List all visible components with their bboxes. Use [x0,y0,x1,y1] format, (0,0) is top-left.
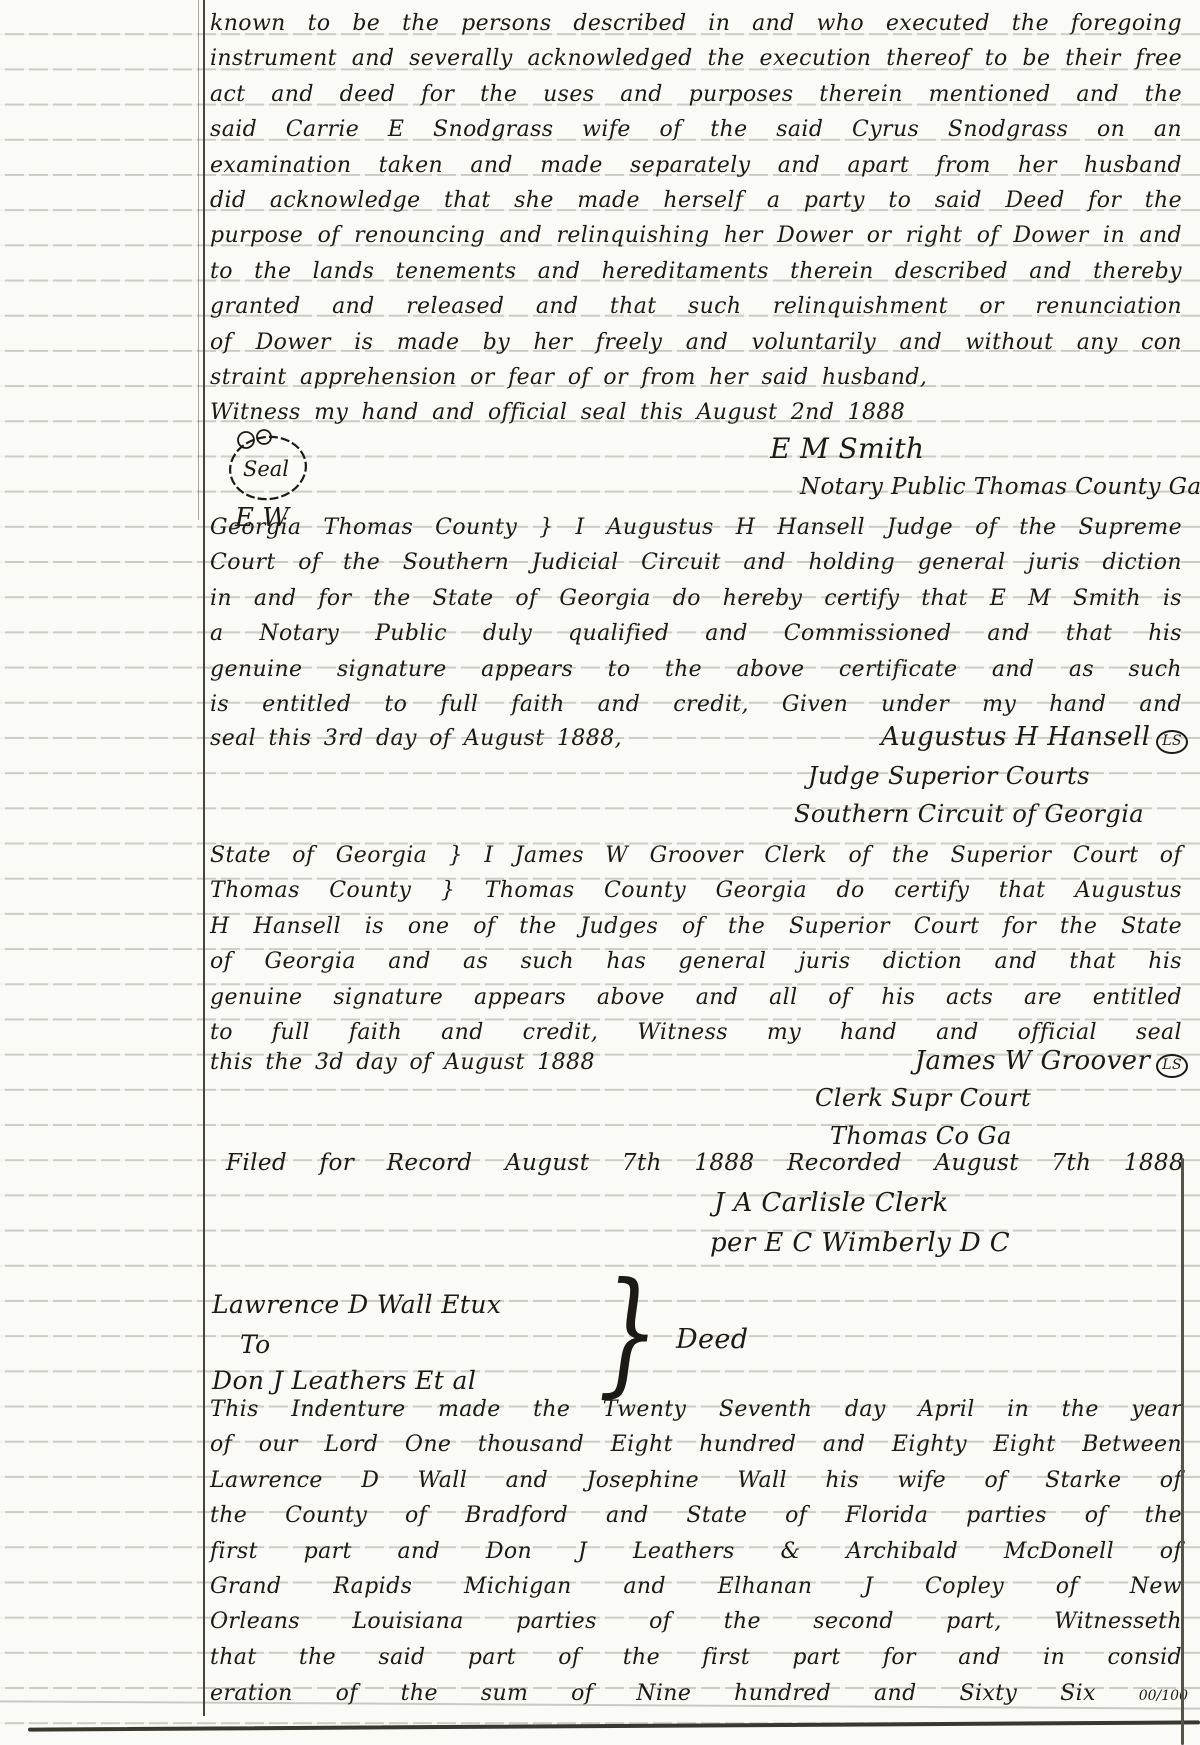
caption-deed-label: Deed [676,1324,749,1355]
handwritten-line: Grand Rapids Michigan and Elhanan J Copl… [210,1569,1182,1604]
margin-line-ghost [198,0,199,520]
caption-grantor: Lawrence D Wall Etux [212,1290,501,1319]
handwritten-line: Orleans Louisiana parties of the second … [210,1604,1182,1639]
handwritten-line: of our Lord One thousand Eight hundred a… [210,1427,1182,1462]
handwritten-line: of Georgia and as such has general juris… [210,944,1182,979]
acknowledgment-paragraph: known to be the persons described in and… [210,6,1182,431]
handwritten-line: purpose of renouncing and relinquishing … [210,218,1182,253]
notary-signature: E M Smith [770,432,924,465]
handwritten-line: examination taken and made separately an… [210,148,1182,183]
recording-clerk-signature: J A Carlisle Clerk [714,1188,948,1218]
handwritten-line: straint apprehension or fear of or from … [210,360,1182,395]
clerk-seal-mark: LS [1156,1054,1188,1078]
caption-brace: } [598,1275,659,1391]
clerk-dateline: this the 3d day of August 1888 James W G… [210,1046,1188,1078]
deed-book-page: known to be the persons described in and… [0,0,1200,1745]
judge-dateline: seal this 3rd day of August 1888, August… [210,722,1188,754]
handwritten-line: said Carrie E Snodgrass wife of the said… [210,112,1182,147]
deed-body-paragraph: This Indenture made the Twenty Seventh d… [210,1392,1182,1675]
handwritten-line: act and deed for the uses and purposes t… [210,77,1182,112]
handwritten-line: H Hansell is one of the Judges of the Su… [210,909,1182,944]
judge-title-line2: Southern Circuit of Georgia [794,800,1144,828]
caption-to: To [240,1330,271,1359]
handwritten-line: in and for the State of Georgia do hereb… [210,581,1182,616]
judge-seal-mark: LS [1156,730,1188,754]
clerk-signature: James W GrooverLS [915,1046,1188,1078]
handwritten-line: Lawrence D Wall and Josephine Wall his w… [210,1463,1182,1498]
page-right-edge [1181,1158,1184,1745]
filing-record-line: Filed for Record August 7th 1888 Recorde… [226,1150,1184,1176]
handwritten-line: is entitled to full faith and credit, Gi… [210,687,1182,722]
clerk-certificate-paragraph: State of Georgia } I James W Groover Cle… [210,838,1182,1050]
clerk-title-line1: Clerk Supr Court [815,1084,1031,1112]
handwritten-line: Witness my hand and official seal this A… [210,395,1182,430]
margin-rule-line [203,0,205,1716]
handwritten-line: instrument and severally acknowledged th… [210,41,1182,76]
handwritten-line: granted and released and that such relin… [210,289,1182,324]
svg-text:Seal: Seal [243,457,289,481]
handwritten-line: Thomas County } Thomas County Georgia do… [210,873,1182,908]
handwritten-line: to the lands tenements and hereditaments… [210,254,1182,289]
handwritten-line: State of Georgia } I James W Groover Cle… [210,838,1182,873]
handwritten-line: Court of the Southern Judicial Circuit a… [210,545,1182,580]
page-bottom-edge [28,1720,1200,1731]
judge-dateline-text: seal this 3rd day of August 1888, [210,726,622,751]
handwritten-line: of Dower is made by her freely and volun… [210,325,1182,360]
deputy-clerk-signature: per E C Wimberly D C [710,1228,1010,1258]
clerk-dateline-text: this the 3d day of August 1888 [210,1050,595,1075]
handwritten-line: did acknowledge that she made herself a … [210,183,1182,218]
judge-certificate-paragraph: Georgia Thomas County } I Augustus H Han… [210,510,1182,722]
handwritten-line: that the said part of the first part for… [210,1640,1182,1675]
handwritten-line: Georgia Thomas County } I Augustus H Han… [210,510,1182,545]
handwritten-line: genuine signature appears above and all … [210,980,1182,1015]
handwritten-line: This Indenture made the Twenty Seventh d… [210,1392,1182,1427]
handwritten-line: the County of Bradford and State of Flor… [210,1498,1182,1533]
notary-title: Notary Public Thomas County Ga [800,474,1200,500]
caption-grantee: Don J Leathers Et al [212,1366,476,1395]
handwritten-line: a Notary Public duly qualified and Commi… [210,616,1182,651]
handwritten-line: first part and Don J Leathers & Archibal… [210,1534,1182,1569]
judge-title-line1: Judge Superior Courts [808,762,1090,790]
judge-signature: Augustus H HansellLS [881,722,1188,754]
handwritten-line: genuine signature appears to the above c… [210,652,1182,687]
handwritten-line: known to be the persons described in and… [210,6,1182,41]
clerk-title-line2: Thomas Co Ga [830,1122,1012,1150]
